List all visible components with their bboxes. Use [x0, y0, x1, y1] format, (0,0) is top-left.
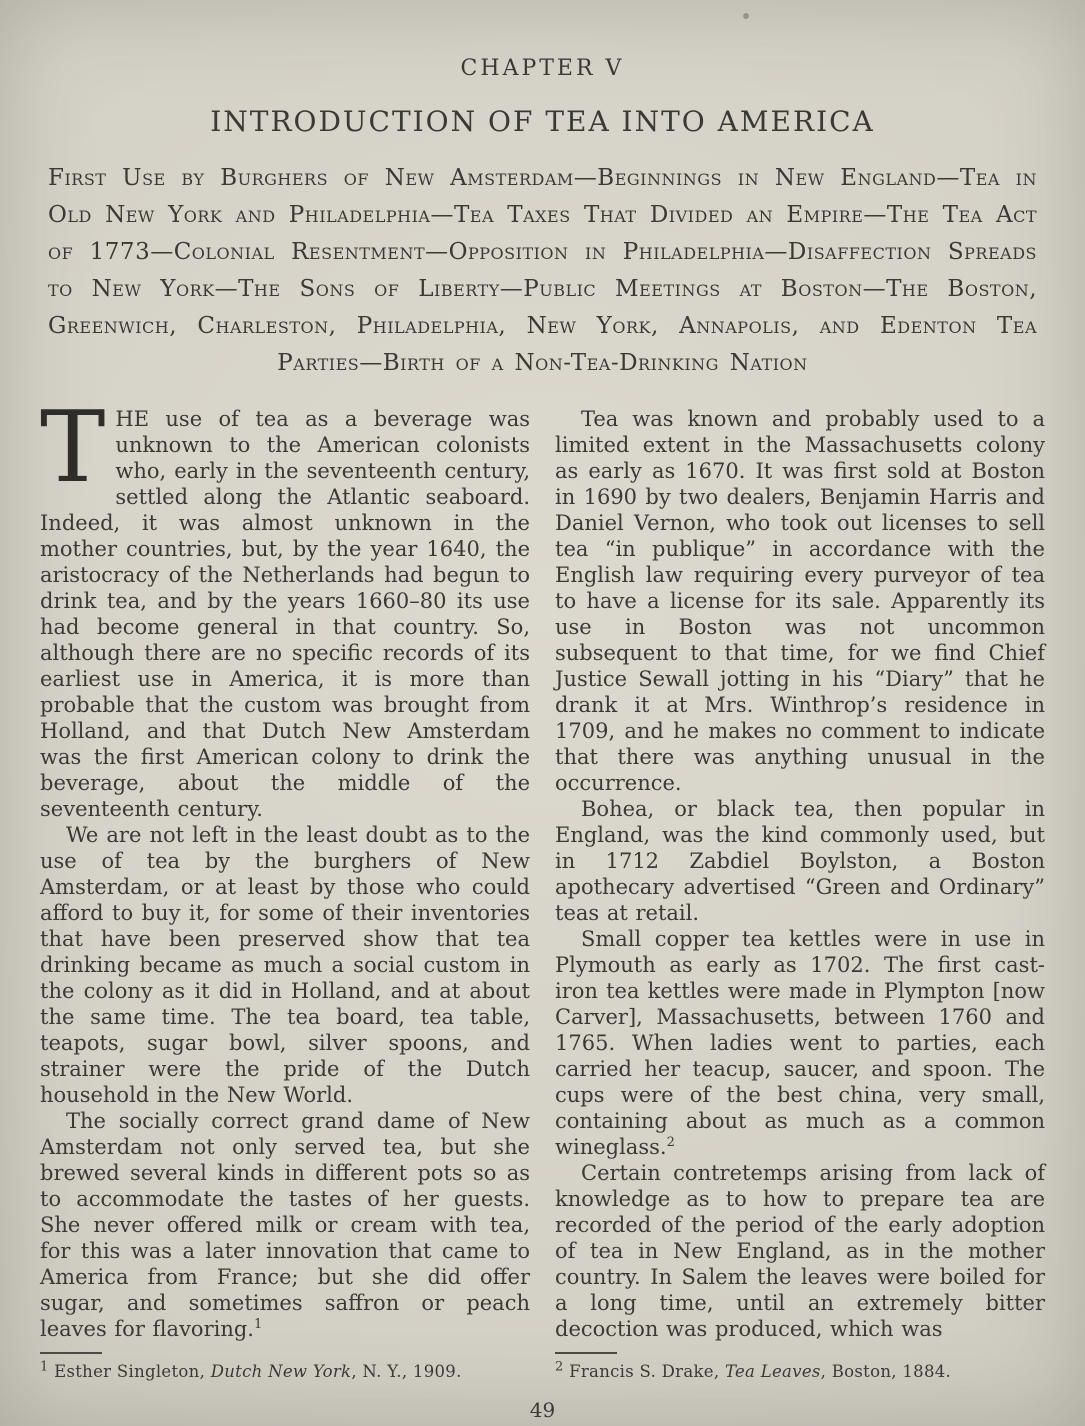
paragraph: Tea was known and probably used to a lim…: [555, 406, 1045, 796]
left-column: THE use of tea as a beverage was unknown…: [40, 406, 530, 1382]
footnote-citation-tail: , N. Y., 1909.: [351, 1362, 461, 1381]
footnote-citation: Francis S. Drake,: [564, 1362, 725, 1381]
paragraph-dropcap: THE use of tea as a beverage was unknown…: [40, 406, 530, 822]
footnote-text: 2 Francis S. Drake, Tea Leaves, Boston, …: [555, 1361, 1045, 1382]
footnote-rule: [40, 1352, 102, 1354]
footnote-work-title: Tea Leaves: [725, 1362, 821, 1381]
footnote-marker: 1: [254, 1317, 262, 1332]
drop-cap: T: [40, 406, 115, 486]
book-page: CHAPTER V INTRODUCTION OF TEA INTO AMERI…: [0, 0, 1085, 1426]
footnote-left: 1 Esther Singleton, Dutch New York, N. Y…: [40, 1352, 530, 1382]
page-title: INTRODUCTION OF TEA INTO AMERICA: [40, 105, 1045, 138]
footnote-marker: 1: [40, 1360, 49, 1375]
text-columns: THE use of tea as a beverage was unknown…: [40, 406, 1045, 1382]
footnote-text: 1 Esther Singleton, Dutch New York, N. Y…: [40, 1361, 530, 1382]
paper-speck: [743, 13, 749, 19]
paragraph: The socially correct grand dame of New A…: [40, 1108, 530, 1342]
chapter-summary: First Use by Burghers of New Amsterdam—B…: [40, 160, 1045, 382]
paragraph: Bohea, or black tea, then popular in Eng…: [555, 796, 1045, 926]
paragraph: Certain contretemps arising from lack of…: [555, 1160, 1045, 1342]
footnote-marker: 2: [555, 1360, 564, 1375]
paragraph-text: Small copper tea kettles were in use in …: [555, 927, 1045, 1159]
footnote-citation: Esther Singleton,: [49, 1362, 211, 1381]
paragraph-text: The socially correct grand dame of New A…: [40, 1109, 530, 1341]
footnote-work-title: Dutch New York: [211, 1362, 352, 1381]
page-number: 49: [40, 1398, 1045, 1422]
footnote-rule: [555, 1352, 617, 1354]
footnote-marker: 2: [667, 1135, 675, 1150]
paragraph: We are not left in the least doubt as to…: [40, 822, 530, 1108]
right-column: Tea was known and probably used to a lim…: [555, 406, 1045, 1382]
footnote-right: 2 Francis S. Drake, Tea Leaves, Boston, …: [555, 1352, 1045, 1382]
paragraph: Small copper tea kettles were in use in …: [555, 926, 1045, 1160]
footnote-citation-tail: , Boston, 1884.: [821, 1362, 951, 1381]
chapter-heading: CHAPTER V: [40, 56, 1045, 81]
